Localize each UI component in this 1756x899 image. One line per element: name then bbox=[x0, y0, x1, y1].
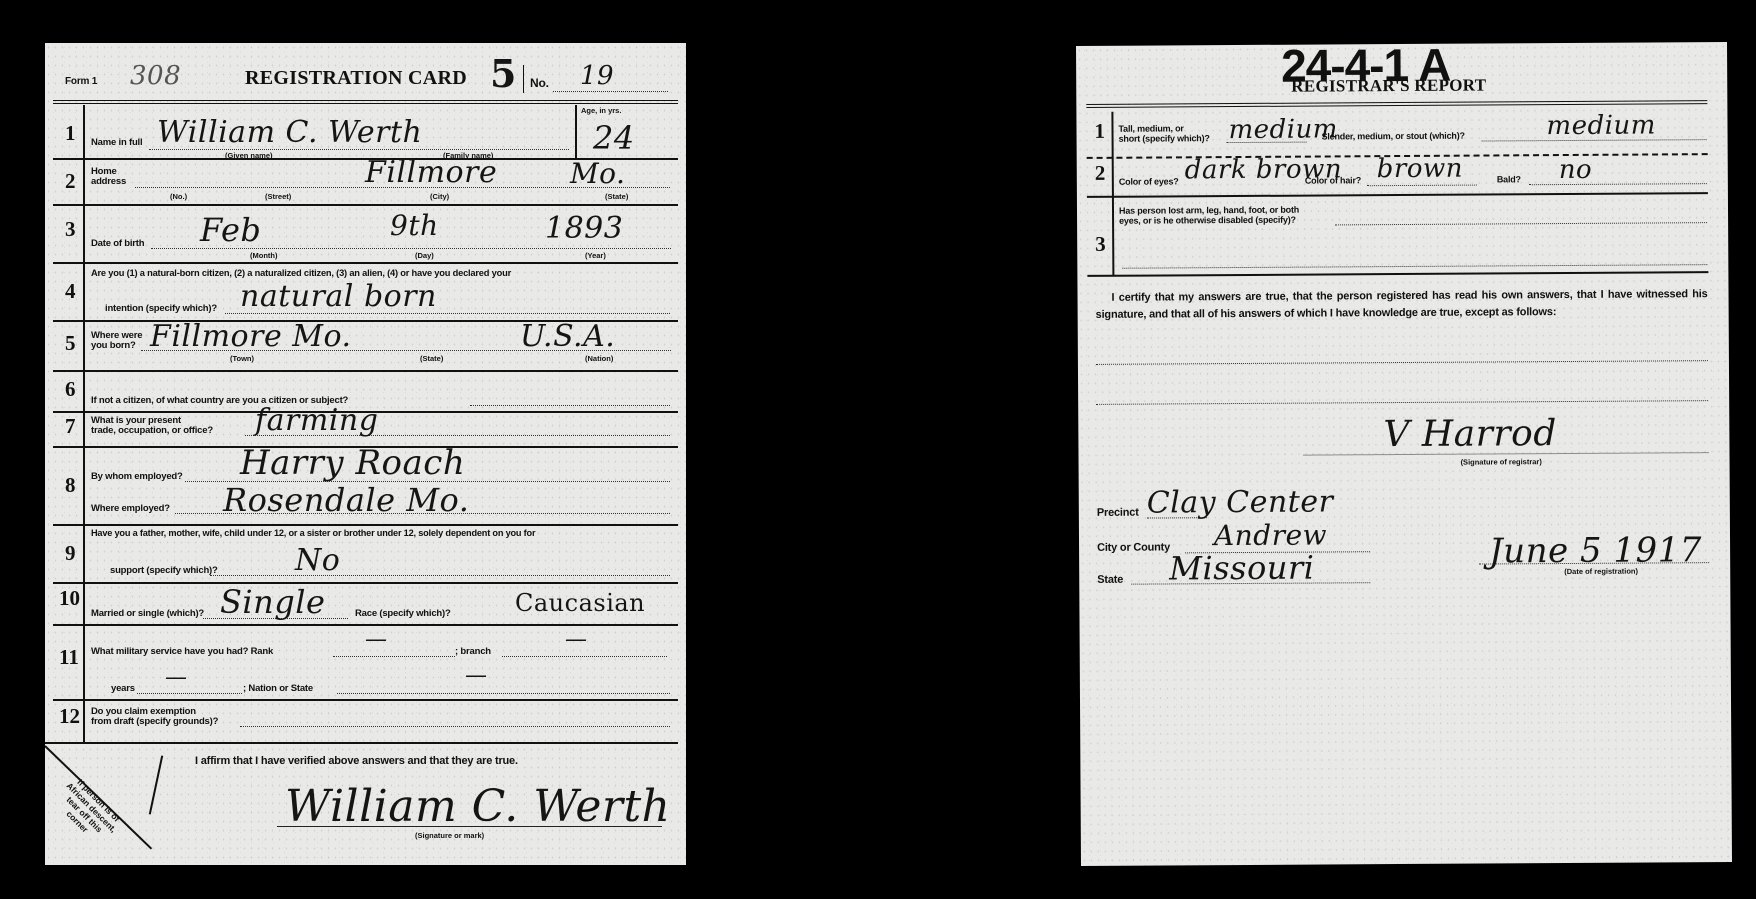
number-column-rule bbox=[83, 105, 85, 743]
row-number-4: 4 bbox=[65, 281, 76, 302]
occupation-answer: farming bbox=[255, 403, 378, 438]
nation-or-state-answer: — bbox=[465, 663, 488, 688]
citizenship-question-specify: intention (specify which)? bbox=[105, 303, 217, 314]
month-sublabel: (Month) bbox=[250, 251, 277, 260]
precinct-answer: Clay Center bbox=[1147, 484, 1334, 520]
occupation-label: What is your presenttrade, occupation, o… bbox=[91, 416, 213, 436]
years-answer: — bbox=[165, 665, 188, 690]
marital-label: Married or single (which)? bbox=[91, 608, 204, 619]
row-number-6: 6 bbox=[65, 379, 76, 400]
birthplace-label: Where wereyou born? bbox=[91, 331, 142, 351]
dob-month-answer: Feb bbox=[200, 211, 261, 249]
exemption-label: Do you claim exemptionfrom draft (specif… bbox=[91, 707, 218, 727]
form-label: Form 1 bbox=[65, 76, 97, 87]
dependents-question: Have you a father, mother, wife, child u… bbox=[91, 528, 535, 538]
precinct-mark: 5 bbox=[490, 51, 517, 96]
build-label: Slender, medium, or stout (which)? bbox=[1322, 131, 1465, 142]
years-label: years bbox=[111, 683, 135, 694]
age-label: Age, in yrs. bbox=[581, 106, 621, 115]
report-row-number-3: 3 bbox=[1095, 234, 1106, 255]
serial-number: 308 bbox=[130, 61, 181, 91]
age-divider bbox=[575, 105, 577, 158]
state-label: State bbox=[1097, 574, 1123, 586]
nation-or-state-label: ; Nation or State bbox=[243, 683, 313, 694]
registration-date-label: (Date of registration) bbox=[1564, 567, 1638, 576]
row-number-1: 1 bbox=[65, 123, 76, 144]
work-location-answer: Rosendale Mo. bbox=[223, 481, 469, 519]
row-number-3: 3 bbox=[65, 219, 76, 240]
birth-town-answer: Fillmore Mo. bbox=[150, 319, 352, 354]
hair-color-answer: brown bbox=[1377, 154, 1463, 185]
state-answer: Missouri bbox=[1169, 549, 1314, 588]
military-service-label: What military service have you had? Rank bbox=[91, 646, 273, 657]
precinct-label: Precinct bbox=[1097, 507, 1139, 519]
town-sublabel: (Town) bbox=[230, 354, 254, 363]
affirmation-text: I affirm that I have verified above answ… bbox=[195, 755, 518, 767]
row-number-10: 10 bbox=[59, 588, 80, 609]
row-number-11: 11 bbox=[59, 647, 79, 668]
branch-answer: — bbox=[565, 627, 588, 652]
employer-answer: Harry Roach bbox=[240, 443, 465, 483]
eye-color-label: Color of eyes? bbox=[1119, 176, 1179, 186]
street-sublabel: (Street) bbox=[265, 192, 291, 201]
year-sublabel: (Year) bbox=[585, 251, 606, 260]
age-answer: 24 bbox=[593, 119, 635, 157]
registration-date: June 5 1917 bbox=[1489, 530, 1702, 571]
nation-sublabel: (Nation) bbox=[585, 354, 613, 363]
branch-label: ; branch bbox=[455, 646, 491, 657]
report-row-number-1: 1 bbox=[1094, 121, 1105, 142]
header-divider bbox=[523, 65, 524, 93]
header-rule bbox=[53, 100, 678, 104]
city-county-label: City or County bbox=[1097, 541, 1170, 553]
city-county-answer: Andrew bbox=[1214, 518, 1327, 552]
dob-label: Date of birth bbox=[91, 238, 144, 249]
state-sublabel: (State) bbox=[605, 192, 628, 201]
corner-pen-mark bbox=[149, 755, 163, 814]
signature-label: (Signature or mark) bbox=[415, 831, 484, 840]
home-state-answer: Mo. bbox=[570, 157, 625, 190]
bald-answer: no bbox=[1559, 155, 1593, 185]
dob-day-answer: 9th bbox=[390, 209, 439, 242]
bald-label: Bald? bbox=[1497, 174, 1521, 184]
row-number-12: 12 bbox=[59, 706, 80, 727]
citizenship-question: Are you (1) a natural-born citizen, (2) … bbox=[91, 268, 511, 278]
home-city-answer: Fillmore bbox=[365, 155, 497, 190]
row-number-9: 9 bbox=[65, 543, 76, 564]
card-title: REGISTRATION CARD bbox=[245, 67, 467, 90]
dependents-answer: No bbox=[295, 543, 340, 578]
name-answer: William C. Werth bbox=[157, 115, 422, 150]
rank-answer: — bbox=[365, 627, 388, 652]
marital-answer: Single bbox=[220, 583, 325, 621]
row-number-8: 8 bbox=[65, 475, 76, 496]
dependents-question-specify: support (specify which)? bbox=[110, 565, 218, 576]
race-answer: Caucasian bbox=[515, 589, 645, 617]
name-label: Name in full bbox=[91, 137, 142, 148]
build-answer: medium bbox=[1546, 110, 1656, 141]
no-sublabel: (No.) bbox=[170, 192, 187, 201]
report-title: REGISTRAR'S REPORT bbox=[1291, 75, 1486, 96]
hair-color-label: Color of hair? bbox=[1305, 175, 1361, 185]
registrar-signature: V Harrod bbox=[1383, 413, 1557, 455]
no-label: No. bbox=[530, 76, 549, 90]
registrant-signature: William C. Werth bbox=[285, 781, 670, 832]
registration-card: Form 1 308 REGISTRATION CARD 5 No. 19 1 … bbox=[45, 43, 686, 865]
home-address-label: Homeaddress bbox=[91, 167, 126, 187]
report-number-column-rule bbox=[1111, 112, 1114, 276]
tear-off-corner-note: If person is of African descent, tear of… bbox=[33, 791, 143, 831]
report-row-number-2: 2 bbox=[1095, 163, 1106, 184]
birth-state-sublabel: (State) bbox=[420, 354, 443, 363]
disability-question: Has person lost arm, leg, hand, foot, or… bbox=[1119, 205, 1299, 226]
registrar-signature-label: (Signature of registrar) bbox=[1461, 457, 1542, 466]
dob-year-answer: 1893 bbox=[545, 211, 623, 246]
race-label: Race (specify which)? bbox=[355, 608, 451, 619]
employer-label: By whom employed? bbox=[91, 471, 183, 482]
row-number-5: 5 bbox=[65, 333, 76, 354]
card-number: 19 bbox=[580, 61, 614, 91]
row-number-2: 2 bbox=[65, 171, 76, 192]
height-label: Tall, medium, orshort (specify which)? bbox=[1118, 123, 1209, 144]
birth-nation-answer: U.S.A. bbox=[520, 319, 615, 354]
report-header-rule bbox=[1086, 100, 1707, 108]
certification-text: I certify that my answers are true, that… bbox=[1095, 286, 1707, 324]
row-number-7: 7 bbox=[65, 416, 76, 437]
city-sublabel: (City) bbox=[430, 192, 449, 201]
day-sublabel: (Day) bbox=[415, 251, 434, 260]
work-location-label: Where employed? bbox=[91, 503, 170, 514]
citizenship-answer: natural born bbox=[240, 279, 437, 314]
registrars-report-card: 24-4-1 A REGISTRAR'S REPORT 1 Tall, medi… bbox=[1076, 42, 1732, 866]
